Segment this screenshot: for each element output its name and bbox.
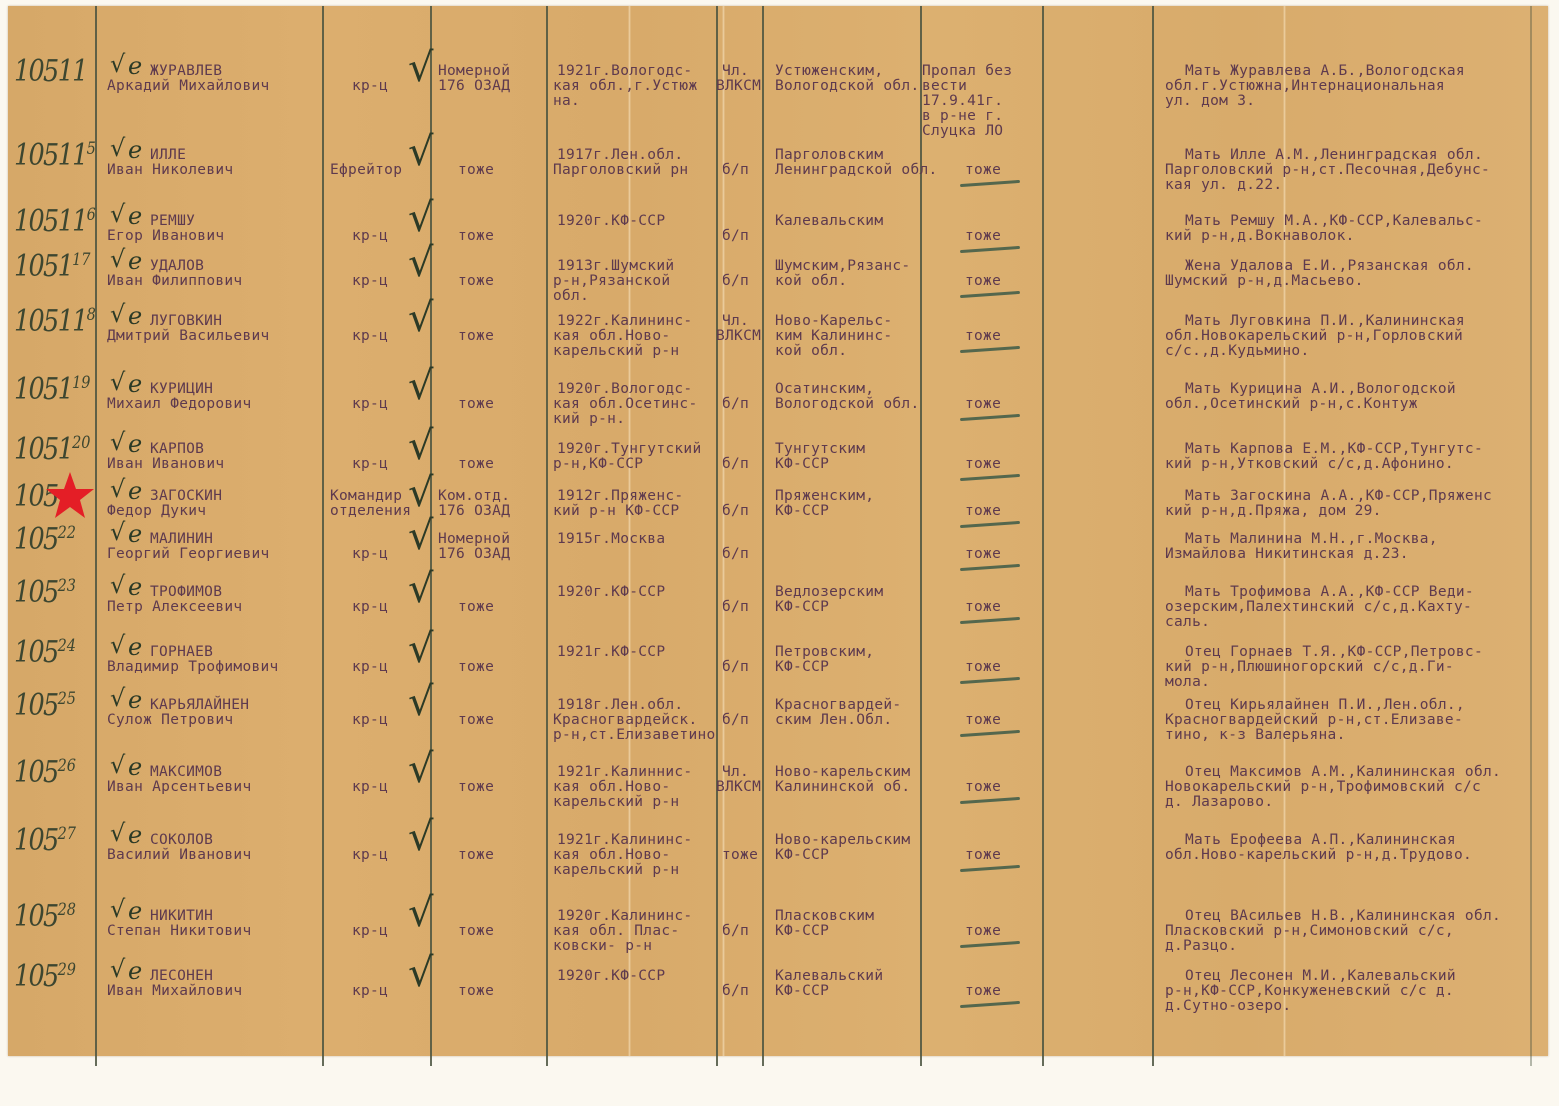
rank: кр-ц [352,713,388,728]
relatives-address: обл.г.Устюжна,Интернациональная [1165,79,1445,94]
given-name: Аркадий Михайлович [107,79,270,94]
serial-number: 105120 [14,432,91,467]
birth-year-place: 1920г.Калининс- [557,909,692,924]
checkmark-icon: √ [408,817,434,857]
given-name: Василий Иванович [107,848,251,863]
handwritten-mark: e [128,520,142,548]
checkmark-icon: √ [110,821,125,845]
conscripted-by: Тунгутским [775,442,865,457]
surname: ЛУГОВКИН [150,314,222,329]
surname: ЗАГОСКИН [150,489,222,504]
relatives-address: Пласковский р-н,Симоновский с/с, [1165,924,1454,939]
conscripted-by: Ведлозерским [775,585,883,600]
given-name: Иван Арсентьевич [107,780,251,795]
party: б/п [722,713,749,728]
relatives-address: Измайлова Никитинская д.23. [1165,547,1409,562]
rank: кр-ц [352,547,388,562]
relatives-address: Мать Карпова Е.М.,КФ-ССР,Тунгутс- [1185,442,1483,457]
checkmark-icon: √ [110,957,125,981]
conscripted-by: Калининской об. [775,780,910,795]
checkmark-icon: √ [110,477,125,501]
relatives-address: д. Лазарово. [1165,795,1273,810]
fate: тоже [965,780,1001,795]
fate: Пропал без [922,64,1012,79]
birth-year-place: карельский р-н [553,863,679,878]
handwritten-mark: e [128,573,142,601]
handwritten-mark: e [128,753,142,781]
given-name: Егор Иванович [107,229,224,244]
relatives-address: Мать Журавлева А.Б.,Вологодская [1185,64,1465,79]
conscripted-by: кой обл. [775,344,847,359]
birth-year-place: Парголовский рн [553,163,688,178]
handwritten-mark: e [128,897,142,925]
given-name: Иван Филиппович [107,274,242,289]
conscripted-by: Пласковским [775,909,874,924]
given-name: Иван Николевич [107,163,233,178]
birth-year-place: 1920г.КФ-ССР [557,969,665,984]
relatives-address: Отец Максимов А.М.,Калининская обл. [1185,765,1501,780]
party: Чл. [722,765,749,780]
serial-number: 10511 [14,54,87,89]
red-star-icon [44,470,96,522]
relatives-address: Отец ВАсильев Н.В.,Калининская обл. [1185,909,1501,924]
fate: тоже [965,547,1001,562]
conscripted-by: КФ-ССР [775,660,829,675]
birth-year-place: 1917г.Лен.обл. [557,148,683,163]
birth-year-place: кая обл.Ново- [553,780,670,795]
party: ВЛКСМ [716,780,761,795]
unit: 176 ОЗАД [438,79,510,94]
unit: тоже [458,329,494,344]
surname: КУРИЦИН [150,382,213,397]
serial-number: 105117 [14,249,91,284]
serial-number: 105119 [14,372,91,407]
handwritten-mark: e [128,136,142,164]
conscripted-by: КФ-ССР [775,984,829,999]
unit: тоже [458,163,494,178]
surname: ЖУРАВЛЕВ [150,64,222,79]
column-rule [716,6,718,1066]
checkmark-icon: √ [110,202,125,226]
fate: Слуцка ЛО [922,124,1003,139]
birth-year-place: карельский р-н [553,795,679,810]
unit: тоже [458,660,494,675]
rank: кр-ц [352,457,388,472]
conscripted-by: Калевальский [775,969,883,984]
conscripted-by: Устюженским, [775,64,883,79]
relatives-address: обл.Ново-карельский р-н,д.Трудово. [1165,848,1472,863]
column-rule [1530,6,1532,1066]
checkmark-icon: √ [408,132,434,172]
checkmark-icon: √ [110,686,125,710]
conscripted-by: КФ-ССР [775,504,829,519]
checkmark-icon: √ [408,516,434,556]
column-rule [1042,6,1044,1066]
handwritten-mark: e [128,957,142,985]
relatives-address: д.Разцо. [1165,939,1237,954]
rank: кр-ц [352,329,388,344]
relatives-address: Жена Удалова Е.И.,Рязанская обл. [1185,259,1474,274]
fate: тоже [965,848,1001,863]
checkmark-icon: √ [110,302,125,326]
relatives-address: Новокарельский р-н,Трофимовский с/с [1165,780,1481,795]
birth-year-place: 1915г.Москва [557,532,665,547]
unit: Номерной [438,64,510,79]
checkmark-icon: √ [408,953,434,993]
birth-year-place: кая обл.Осетинс- [553,397,697,412]
fate: тоже [965,713,1001,728]
serial-number: 10525 [14,688,76,723]
relatives-address: мола. [1165,675,1210,690]
conscripted-by: Ново-Карельс- [775,314,892,329]
handwritten-mark: e [128,247,142,275]
rank: кр-ц [352,600,388,615]
handwritten-mark: e [128,633,142,661]
relatives-address: Мать Загоскина А.А.,КФ-ССР,Пряженс [1185,489,1492,504]
checkmark-icon: √ [408,629,434,669]
checkmark-icon: √ [408,243,434,283]
handwritten-mark: e [128,202,142,230]
unit: Номерной [438,532,510,547]
conscripted-by: КФ-ССР [775,848,829,863]
relatives-address: обл.,Осетинский р-н,с.Контуж [1165,397,1418,412]
conscripted-by: КФ-ССР [775,600,829,615]
serial-number: 10524 [14,635,76,670]
birth-year-place: р-н,ст.Елизаветино [553,728,716,743]
conscripted-by: Ленинградской обл. [775,163,938,178]
party: б/п [722,547,749,562]
birth-year-place: 1920г.КФ-ССР [557,585,665,600]
relatives-address: Отец Лесонен М.И.,Калевальский [1185,969,1456,984]
party: б/п [722,229,749,244]
conscripted-by: КФ-ССР [775,924,829,939]
surname: МАЛИНИН [150,532,213,547]
fate: тоже [965,163,1001,178]
birth-year-place: 1921г.Вологодс- [557,64,692,79]
birth-year-place: обл. [553,289,589,304]
rank: кр-ц [352,660,388,675]
birth-year-place: р-н,КФ-ССР [553,457,643,472]
fate: тоже [965,229,1001,244]
rank: кр-ц [352,848,388,863]
conscripted-by: Парголовским [775,148,883,163]
checkmark-icon: √ [408,893,434,933]
conscripted-by: Красногвардей- [775,698,901,713]
handwritten-mark: e [128,821,142,849]
serial-number: 10528 [14,899,76,934]
serial-number: 10523 [14,575,76,610]
party: ВЛКСМ [716,329,761,344]
checkmark-icon: √ [110,897,125,921]
unit: тоже [458,848,494,863]
fate: тоже [965,984,1001,999]
checkmark-icon: √ [110,520,125,544]
fate: тоже [965,329,1001,344]
unit: тоже [458,924,494,939]
fate: тоже [965,504,1001,519]
relatives-address: д.Сутно-озеро. [1165,999,1291,1014]
birth-year-place: 1921г.Калининс- [557,833,692,848]
surname: СОКОЛОВ [150,833,213,848]
party: б/п [722,660,749,675]
conscripted-by: Ново-карельским [775,833,910,848]
unit: тоже [458,274,494,289]
birth-year-place: 1920г.Тунгутский [557,442,701,457]
birth-year-place: на. [553,94,580,109]
relatives-address: ул. дом 3. [1165,94,1255,109]
unit: тоже [458,600,494,615]
party: б/п [722,600,749,615]
party: тоже [722,848,758,863]
unit: тоже [458,229,494,244]
serial-number: 10522 [14,522,76,557]
column-rule [546,6,548,1066]
checkmark-icon: √ [110,430,125,454]
conscripted-by: Вологодской обл. [775,79,919,94]
birth-year-place: 1922г.Калининс- [557,314,692,329]
birth-year-place: 1912г.Пряженс- [557,489,683,504]
serial-number: 10526 [14,755,76,790]
conscripted-by: Пряженским, [775,489,874,504]
handwritten-mark: e [128,370,142,398]
unit: Ком.отд. [438,489,510,504]
unit: тоже [458,780,494,795]
fate: тоже [965,660,1001,675]
fate: в р-не г. [922,109,1003,124]
column-rule [762,6,764,1066]
checkmark-icon: √ [110,753,125,777]
conscripted-by: Осатинским, [775,382,874,397]
serial-number: 105118 [14,304,96,339]
birth-year-place: Красногвардейск. [553,713,697,728]
relatives-address: Шумский р-н,д.Масьево. [1165,274,1364,289]
birth-year-place: 1921г.КФ-ССР [557,645,665,660]
relatives-address: р-н,КФ-ССР,Конкуженевский с/с д. [1165,984,1454,999]
party: б/п [722,163,749,178]
checkmark-icon: √ [408,298,434,338]
relatives-address: кий р-н,д.Пряжа, дом 29. [1165,504,1382,519]
rank: кр-ц [352,274,388,289]
given-name: Михаил Федорович [107,397,251,412]
checkmark-icon: √ [408,749,434,789]
birth-year-place: 1921г.Калиннис- [557,765,692,780]
conscripted-by: Петровским, [775,645,874,660]
party: б/п [722,504,749,519]
fate: тоже [965,274,1001,289]
given-name: Федор Дукич [107,504,206,519]
birth-year-place: р-н,Рязанской [553,274,670,289]
relatives-address: Мать Ремшу М.А.,КФ-ССР,Калевальс- [1185,214,1483,229]
fate: тоже [965,397,1001,412]
given-name: Георгий Георгиевич [107,547,270,562]
surname: ТРОФИМОВ [150,585,222,600]
serial-number: 105115 [14,138,96,173]
birth-year-place: карельский р-н [553,344,679,359]
party: б/п [722,457,749,472]
relatives-address: Мать Трофимова А.А.,КФ-ССР Веди- [1185,585,1474,600]
checkmark-icon: √ [110,136,125,160]
checkmark-icon: √ [408,473,434,513]
birth-year-place: 1920г.КФ-ССР [557,214,665,229]
given-name: Иван Михайлович [107,984,242,999]
handwritten-mark: e [128,302,142,330]
checkmark-icon: √ [408,569,434,609]
rank: кр-ц [352,79,388,94]
relatives-address: кий р-н,Плюшиногорский с/с,д.Ги- [1165,660,1454,675]
handwritten-mark: e [128,52,142,80]
given-name: Сулож Петрович [107,713,233,728]
relatives-address: Мать Курицина А.И.,Вологодской [1185,382,1456,397]
rank: Командир [330,489,402,504]
checkmark-icon: √ [110,573,125,597]
relatives-address: Мать Ерофеева А.П.,Калининская [1185,833,1456,848]
party: б/п [722,924,749,939]
birth-year-place: ковски- р-н [553,939,652,954]
relatives-address: Красногвардейский р-н,ст.Елизаве- [1165,713,1463,728]
checkmark-icon: √ [408,198,434,238]
relatives-address: кий р-н,д.Вокнаволок. [1165,229,1355,244]
conscripted-by: Шумским,Рязанс- [775,259,910,274]
conscripted-by: Вологодской обл. [775,397,919,412]
party: б/п [722,397,749,412]
surname: УДАЛОВ [150,259,204,274]
birth-year-place: 1918г.Лен.обл. [557,698,683,713]
unit: тоже [458,457,494,472]
party: Чл. [722,314,749,329]
conscripted-by: ким Калининс- [775,329,892,344]
serial-number: 105116 [14,204,96,239]
surname: ГОРНАЕВ [150,645,213,660]
checkmark-icon: √ [110,633,125,657]
checkmark-icon: √ [408,682,434,722]
checkmark-icon: √ [408,48,434,88]
birth-year-place: кий р-н КФ-ССР [553,504,679,519]
checkmark-icon: √ [110,247,125,271]
handwritten-mark: e [128,430,142,458]
relatives-address: Мать Малинина М.Н.,г.Москва, [1185,532,1438,547]
rank: отделения [330,504,411,519]
conscripted-by: ским Лен.Обл. [775,713,892,728]
surname: ЛЕСОНЕН [150,969,213,984]
surname: КАРЬЯЛАЙНЕН [150,698,249,713]
serial-number: 10527 [14,823,76,858]
handwritten-mark: e [128,686,142,714]
conscripted-by: Ново-карельским [775,765,910,780]
given-name: Иван Иванович [107,457,224,472]
checkmark-icon: √ [110,52,125,76]
given-name: Дмитрий Васильевич [107,329,270,344]
fate: тоже [965,457,1001,472]
column-rule [322,6,324,1066]
handwritten-mark: e [128,477,142,505]
conscripted-by: кой обл. [775,274,847,289]
unit: тоже [458,713,494,728]
birth-year-place: 1913г.Шумский [557,259,674,274]
surname: НИКИТИН [150,909,213,924]
checkmark-icon: √ [408,426,434,466]
relatives-address: Мать Луговкина П.И.,Калининская [1185,314,1465,329]
birth-year-place: кая обл.Ново- [553,848,670,863]
unit: 176 ОЗАД [438,547,510,562]
given-name: Степан Никитович [107,924,251,939]
rank: Ефрейтор [330,163,402,178]
relatives-address: кая ул. д.22. [1165,178,1282,193]
given-name: Петр Алексеевич [107,600,242,615]
surname: КАРПОВ [150,442,204,457]
serial-number: 10529 [14,959,76,994]
rank: кр-ц [352,780,388,795]
unit: тоже [458,397,494,412]
surname: МАКСИМОВ [150,765,222,780]
birth-year-place: кий р-н. [553,412,625,427]
fate: вести [922,79,967,94]
birth-year-place: кая обл.Ново- [553,329,670,344]
column-rule [1152,6,1154,1066]
checkmark-icon: √ [408,366,434,406]
fate: тоже [965,924,1001,939]
conscripted-by: КФ-ССР [775,457,829,472]
relatives-address: обл.Новокарельский р-н,Горловский [1165,329,1463,344]
unit: 176 ОЗАД [438,504,510,519]
relatives-address: с/с.,д.Кудьмино. [1165,344,1309,359]
relatives-address: Отец Горнаев Т.Я.,КФ-ССР,Петровс- [1185,645,1483,660]
relatives-address: тино, к-з Валерьяна. [1165,728,1346,743]
relatives-address: озерским,Палехтинский с/с,д.Кахту- [1165,600,1472,615]
birth-year-place: кая обл. Плас- [553,924,679,939]
relatives-address: Мать Илле А.М.,Ленинградская обл. [1185,148,1483,163]
rank: кр-ц [352,984,388,999]
checkmark-icon: √ [110,370,125,394]
surname: ИЛЛЕ [150,148,186,163]
given-name: Владимир Трофимович [107,660,279,675]
unit: тоже [458,984,494,999]
fate: тоже [965,600,1001,615]
birth-year-place: 1920г.Вологодс- [557,382,692,397]
relatives-address: саль. [1165,615,1210,630]
party: б/п [722,984,749,999]
conscripted-by: Калевальским [775,214,883,229]
relatives-address: кий р-н,Утковский с/с,д.Афонино. [1165,457,1454,472]
relatives-address: Отец Кирьялайнен П.И.,Лен.обл., [1185,698,1465,713]
relatives-address: Парголовский р-н,ст.Песочная,Дебунс- [1165,163,1490,178]
rank: кр-ц [352,924,388,939]
party: Чл. [722,64,749,79]
fate: 17.9.41г. [922,94,1003,109]
party: б/п [722,274,749,289]
rank: кр-ц [352,229,388,244]
rank: кр-ц [352,397,388,412]
party: ВЛКСМ [716,79,761,94]
birth-year-place: кая обл.,г.Устюж [553,79,697,94]
surname: РЕМШУ [150,214,195,229]
